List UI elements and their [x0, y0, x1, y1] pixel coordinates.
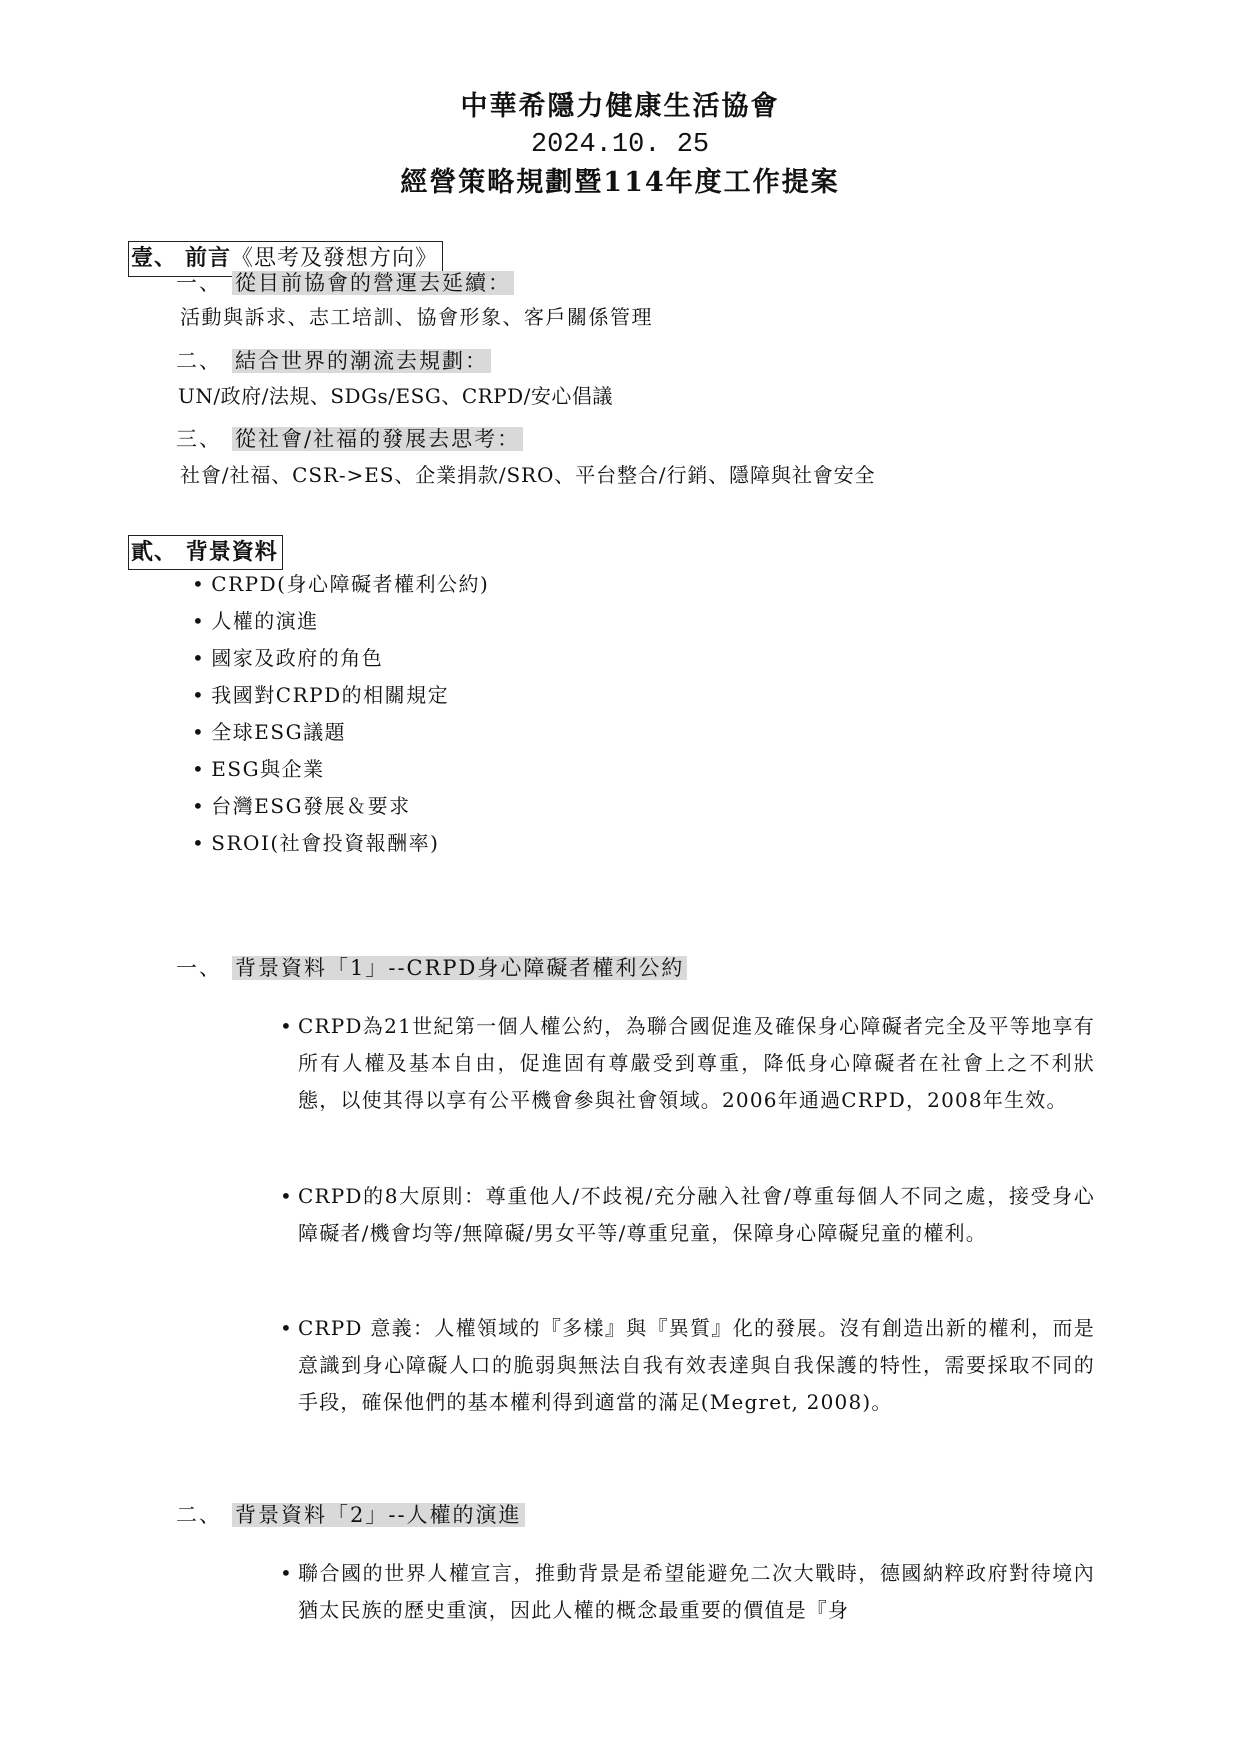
list-item: 全球ESG議題: [192, 714, 489, 751]
section-heading-background: 貳、 背景資料: [128, 535, 283, 570]
list-item: 台灣ESG發展＆要求: [192, 788, 489, 825]
bullet-icon: •: [280, 1008, 293, 1045]
subheading-body: 社會/社福、CSR->ES、企業捐款/SRO、平台整合/行銷、隱障與社會安全: [180, 461, 875, 489]
list-item: CRPD(身心障礙者權利公約): [192, 566, 489, 603]
bullet-icon: •: [280, 1310, 293, 1347]
subheading-body: UN/政府/法規、SDGs/ESG、CRPD/安心倡議: [178, 382, 613, 410]
paragraph-crpd-intro: • CRPD為21世紀第一個人權公約，為聯合國促進及確保身心障礙者完全及平等地享…: [290, 1008, 1095, 1119]
subheading-text: 結合世界的潮流去規劃：: [232, 349, 491, 373]
subheading-body: 活動與訴求、志工培訓、協會形象、客戶關係管理: [180, 303, 653, 331]
subheading-crpd: 一、背景資料「1」--CRPD身心障礙者權利公約: [176, 953, 687, 983]
subheading-text: 背景資料「2」--人權的演進: [232, 1503, 525, 1527]
subheading-number: 一、: [176, 271, 222, 295]
subheading-number: 二、: [176, 349, 222, 373]
subheading-number: 三、: [176, 427, 222, 451]
paragraph-crpd-principles: • CRPD的8大原則：尊重他人/不歧視/充分融入社會/尊重每個人不同之處，接受…: [290, 1178, 1095, 1252]
paragraph-human-rights: • 聯合國的世界人權宣言，推動背景是希望能避免二次大戰時，德國納粹政府對待境內猶…: [290, 1555, 1095, 1629]
list-item: 我國對CRPD的相關規定: [192, 677, 489, 714]
subheading-number: 二、: [176, 1503, 222, 1527]
subheading-text: 背景資料「1」--CRPD身心障礙者權利公約: [232, 956, 687, 980]
document-date: 2024.10. 25: [0, 126, 1240, 164]
background-topic-list: CRPD(身心障礙者權利公約) 人權的演進 國家及政府的角色 我國對CRPD的相…: [192, 566, 489, 862]
list-item: SROI(社會投資報酬率): [192, 825, 489, 862]
section-numeral: 壹、: [131, 245, 177, 271]
paragraph-crpd-meaning: • CRPD 意義：人權領域的『多樣』與『異質』化的發展。沒有創造出新的權利，而…: [290, 1310, 1095, 1421]
section-numeral: 貳、: [131, 539, 177, 565]
org-name: 中華希隱力健康生活協會: [0, 88, 1240, 126]
list-item: 國家及政府的角色: [192, 640, 489, 677]
document-title-block: 中華希隱力健康生活協會 2024.10. 25 經營策略規劃暨114年度工作提案: [0, 88, 1240, 202]
list-item: 人權的演進: [192, 603, 489, 640]
subheading-number: 一、: [176, 956, 222, 980]
bullet-icon: •: [280, 1555, 293, 1592]
list-item: ESG與企業: [192, 751, 489, 788]
subheading-2: 二、結合世界的潮流去規劃：: [176, 346, 491, 376]
section-title: 背景資料: [186, 539, 278, 565]
subheading-3: 三、從社會/社福的發展去思考：: [176, 424, 523, 454]
bullet-icon: •: [280, 1178, 293, 1215]
subheading-text: 從目前協會的營運去延續：: [232, 271, 514, 295]
document-subtitle: 經營策略規劃暨114年度工作提案: [0, 164, 1240, 202]
subheading-text: 從社會/社福的發展去思考：: [232, 427, 523, 451]
subheading-human-rights: 二、背景資料「2」--人權的演進: [176, 1500, 525, 1530]
subheading-1: 一、從目前協會的營運去延續：: [176, 268, 514, 298]
